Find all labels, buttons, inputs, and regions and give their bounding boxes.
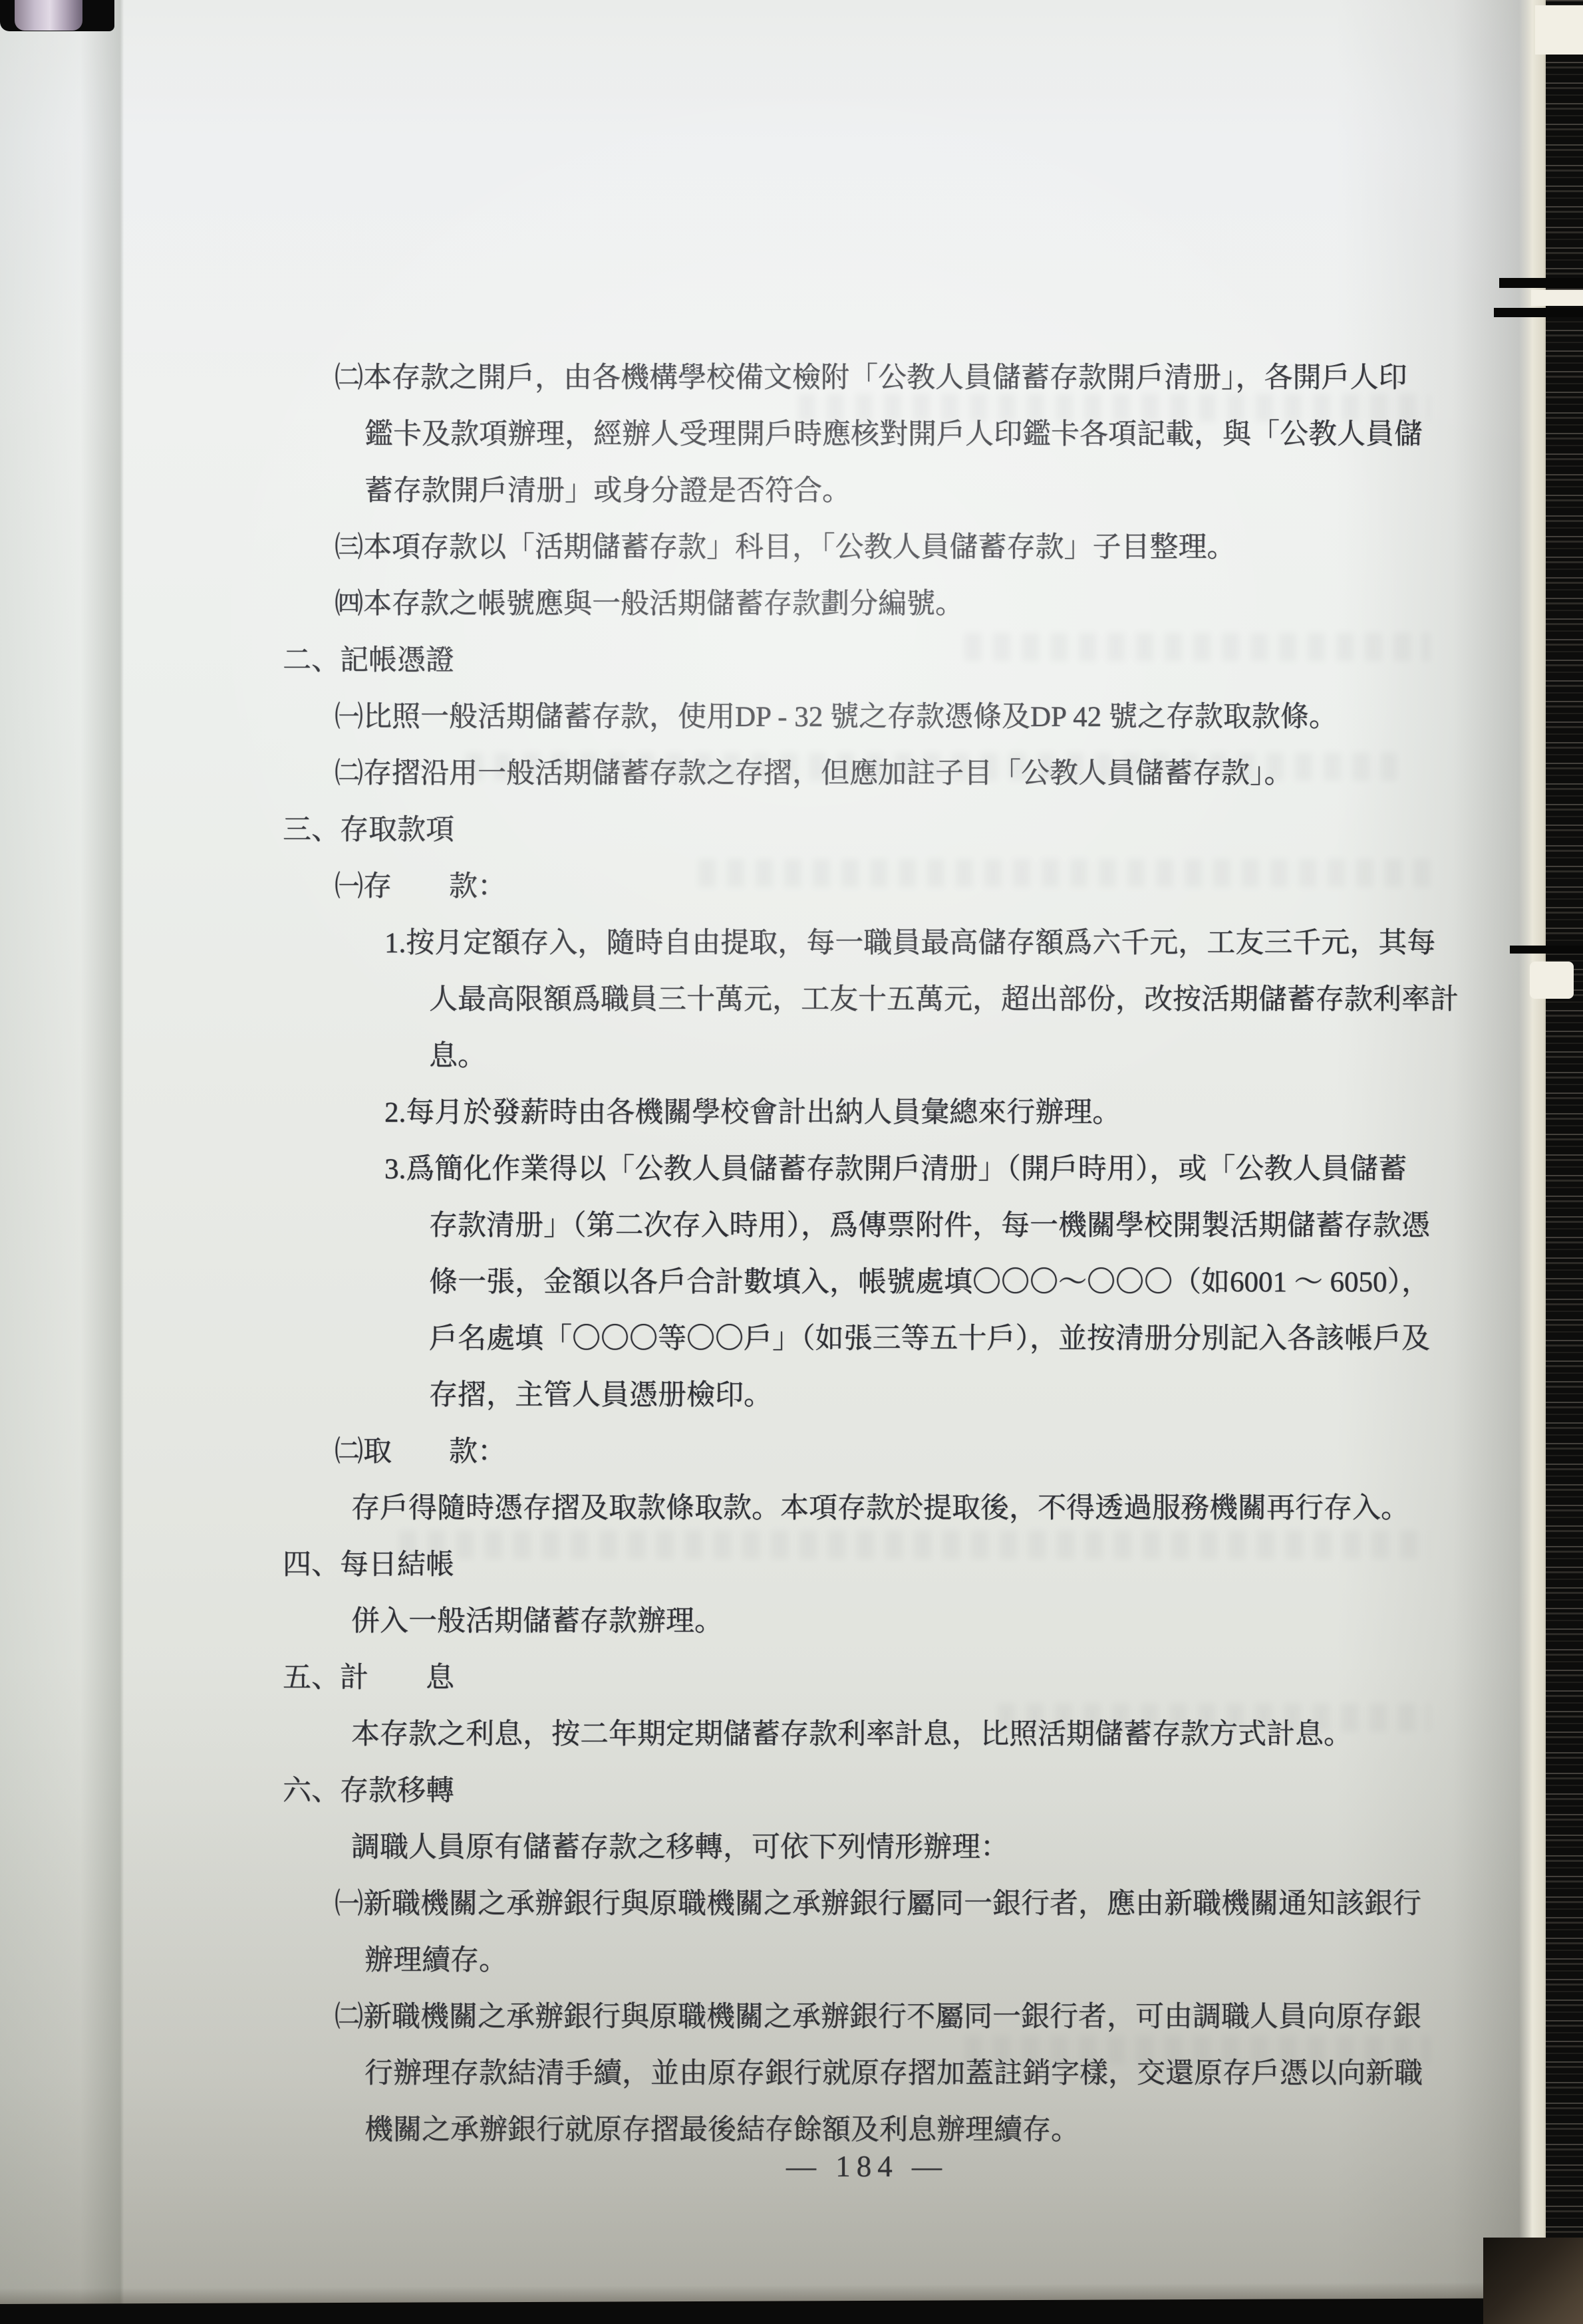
text-line-16: 存款清册」（第二次存入時用），爲傳票附件，每一機關學校開製活期儲蓄存款憑 bbox=[429, 1207, 1430, 1245]
text-line-28: ㈠新職機關之承辦銀行與原職機關之承辦銀行屬同一銀行者，應由新職機關通知該銀行 bbox=[335, 1885, 1421, 1924]
scan-artifact-clip bbox=[15, 0, 82, 31]
text-line-23: 併入一般活期儲蓄存款辦理。 bbox=[351, 1603, 723, 1641]
text-line-5: ㈣本存款之帳號應與一般活期儲蓄存款劃分編號。 bbox=[335, 585, 964, 624]
text-line-6: 二、記帳憑證 bbox=[283, 642, 454, 680]
text-line-18: 戶名處填「〇〇〇等〇〇戶」（如張三等五十戶），並按清册分別記入各該帳戶及 bbox=[429, 1320, 1430, 1358]
text-line-29: 辦理續存。 bbox=[364, 1942, 507, 1980]
text-line-13: 息。 bbox=[429, 1037, 486, 1076]
bleed-through-artifact bbox=[466, 753, 1397, 781]
text-line-20: ㈡取 款： bbox=[335, 1433, 506, 1472]
text-line-14: 2.每月於發薪時由各機關學校會計出納人員彙總來行辦理。 bbox=[384, 1094, 1121, 1132]
bleed-through-artifact bbox=[964, 633, 1430, 661]
text-line-32: 機關之承辦銀行就原存摺最後結存餘額及利息辦理續存。 bbox=[364, 2111, 1079, 2150]
bleed-through-artifact bbox=[399, 1531, 1430, 1559]
page-number: — 184 — bbox=[786, 2149, 948, 2184]
page-edge-gap bbox=[1530, 962, 1574, 999]
scan-corner-artifact bbox=[1483, 2238, 1583, 2324]
text-line-1: ㈡本存款之開戶，由各機構學校備文檢附「公教人員儲蓄存款開戶清册」，各開戶人印 bbox=[335, 359, 1407, 398]
text-line-26: 六、存款移轉 bbox=[283, 1772, 454, 1811]
page-edge-gap bbox=[1531, 290, 1583, 306]
text-line-9: 三、存取款項 bbox=[283, 811, 454, 850]
text-line-4: ㈢本項存款以「活期儲蓄存款」科目，「公教人員儲蓄存款」子目整理。 bbox=[335, 529, 1236, 567]
document-text: ㈡本存款之開戶，由各機構學校備文檢附「公教人員儲蓄存款開戶清册」，各開戶人印鑑卡… bbox=[0, 0, 1552, 2306]
text-line-10: ㈠存 款： bbox=[335, 868, 506, 906]
text-line-27: 調職人員原有儲蓄存款之移轉，可依下列情形辦理： bbox=[351, 1829, 1009, 1867]
edge-streak bbox=[1499, 278, 1583, 288]
text-line-11: 1.按月定額存入，隨時自由提取，每一職員最高儲存額爲六千元，工友三千元，其每 bbox=[384, 924, 1435, 963]
edge-streak bbox=[1494, 308, 1583, 317]
edge-streak bbox=[1510, 946, 1583, 954]
text-line-30: ㈡新職機關之承辦銀行與原職機關之承辦銀行不屬同一銀行者，可由調職人員向原存銀 bbox=[335, 1998, 1421, 2037]
text-line-7: ㈠比照一般活期儲蓄存款，使用DP - 32 號之存款憑條及DP 42 號之存款取… bbox=[335, 698, 1338, 737]
text-line-3: 蓄存款開戶清册」或身分證是否符合。 bbox=[364, 472, 851, 511]
bleed-through-artifact bbox=[698, 859, 1430, 887]
text-line-19: 存摺，主管人員憑册檢印。 bbox=[429, 1376, 772, 1415]
scanned-book-page: ㈡本存款之開戶，由各機構學校備文檢附「公教人員儲蓄存款開戶清册」，各開戶人印鑑卡… bbox=[0, 0, 1583, 2324]
binding-edge bbox=[1546, 0, 1583, 2324]
bleed-through-artifact bbox=[798, 394, 1430, 422]
text-line-15: 3.爲簡化作業得以「公教人員儲蓄存款開戶清册」（開戶時用），或「公教人員儲蓄 bbox=[384, 1150, 1407, 1189]
text-line-21: 存戶得隨時憑存摺及取款條取款。本項存款於提取後，不得透過服務機關再行存入。 bbox=[351, 1489, 1409, 1528]
page-edge-gap bbox=[1535, 5, 1583, 55]
bleed-through-artifact bbox=[964, 2036, 1430, 2064]
text-line-24: 五、計 息 bbox=[283, 1659, 454, 1698]
paper: ㈡本存款之開戶，由各機構學校備文檢附「公教人員儲蓄存款開戶清册」，各開戶人印鑑卡… bbox=[0, 0, 1552, 2306]
bleed-through-artifact bbox=[998, 1704, 1430, 1732]
text-line-17: 條一張，金額以各戶合計數填入，帳號處填〇〇〇～〇〇〇（如6001 ～ 6050）… bbox=[429, 1263, 1430, 1302]
text-line-12: 人最高限額爲職員三十萬元，工友十五萬元，超出部份，改按活期儲蓄存款利率計 bbox=[429, 981, 1459, 1019]
